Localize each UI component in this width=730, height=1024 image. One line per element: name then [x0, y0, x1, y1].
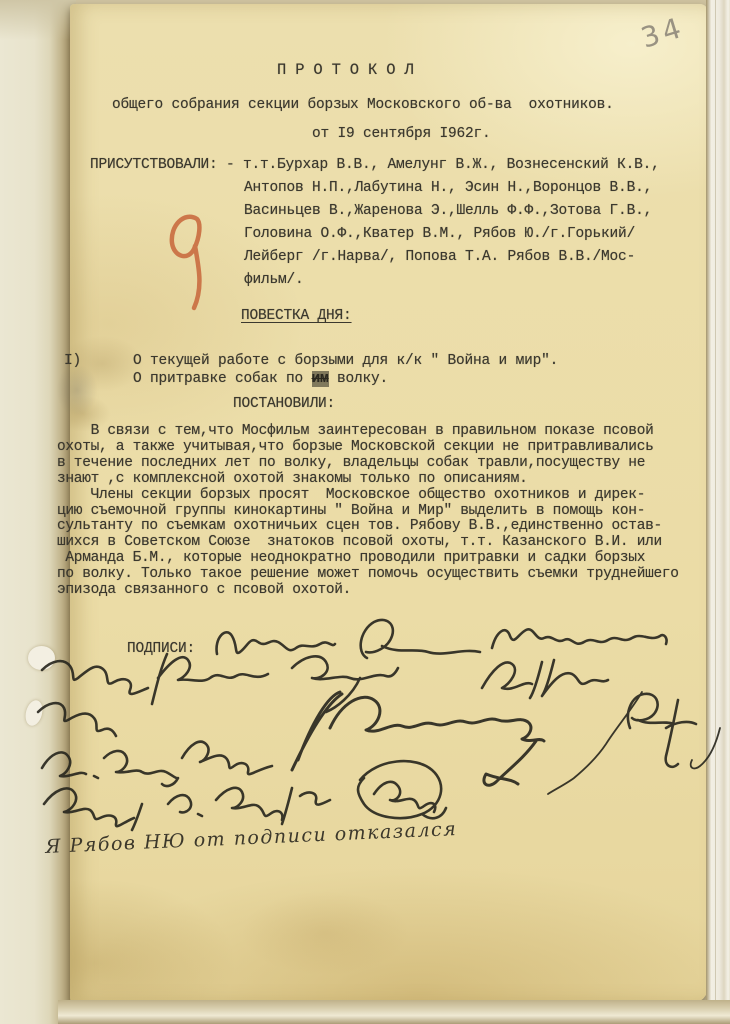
page-bottom-edge: [58, 1000, 730, 1024]
resolution-line: сультанту по съемкам охотничьих сцен тов…: [57, 519, 679, 535]
attendees-line: Головина О.Ф.,Кватер В.М., Рябов Ю./г.Го…: [244, 226, 635, 243]
doc-subtitle: общего собрания секции борзых Московског…: [112, 97, 614, 114]
overstruck-word: им: [312, 371, 329, 387]
attendees-line: фильм/.: [244, 272, 304, 289]
resolution-line: в течение последних лет по волку, владел…: [57, 456, 679, 472]
resolution-line: по волку. Только такое решение может пом…: [57, 567, 679, 583]
agenda-item-1: О текущей работе с борзыми для к/к " Вой…: [133, 353, 558, 370]
signatures-label: ПОДПИСИ:: [127, 641, 195, 658]
attendees-line: Лейберг /г.Нарва/, Попова Т.А. Рябов В.В…: [244, 249, 635, 266]
scanned-document-photo: 34 П Р О Т О К О Л общего собрания секци…: [0, 0, 730, 1024]
resolution-heading: ПОСТАНОВИЛИ:: [233, 396, 335, 413]
doc-title: П Р О Т О К О Л: [277, 62, 414, 79]
resolution-body: В связи с тем,что Мосфильм заинтересован…: [57, 424, 679, 599]
agenda-item-number: I): [64, 353, 81, 370]
resolution-line: охоты, а также учитывая,что борзые Моско…: [57, 440, 679, 456]
agenda-item-2: О притравке собак по им волку.: [133, 371, 388, 388]
attendees-line: Антопов Н.П.,Лабутина Н., Эсин Н.,Воронц…: [244, 180, 652, 197]
resolution-line: В связи с тем,что Мосфильм заинтересован…: [57, 424, 679, 440]
agenda-heading: ПОВЕСТКА ДНЯ:: [241, 308, 352, 325]
paper-smudge: [56, 364, 98, 416]
resolution-line: Члены секции борзых просят Московское об…: [57, 488, 679, 504]
agenda-item-2-text: волку.: [329, 371, 389, 387]
attendees-line: Васиньцев В.,Жаренова Э.,Шелль Ф.Ф.,Зото…: [244, 203, 652, 220]
resolution-line: знают ,с комплексной охотой знакомы толь…: [57, 472, 679, 488]
resolution-line: шихся в Советском Союзе знатоков псовой …: [57, 535, 679, 551]
tear-patch: [28, 646, 55, 670]
agenda-item-2-text: О притравке собак по: [133, 371, 312, 387]
attendees-label-line: ПРИСУТСТВОВАЛИ: - т.т.Бурхар В.В., Амелу…: [90, 157, 660, 174]
resolution-line: эпизода связанного с псовой охотой.: [57, 583, 679, 599]
resolution-line: Арманда Б.М., которые неоднократно прово…: [57, 551, 679, 567]
underlying-pages-edge: [706, 0, 730, 1024]
doc-date: от I9 сентября I962г.: [312, 126, 491, 143]
